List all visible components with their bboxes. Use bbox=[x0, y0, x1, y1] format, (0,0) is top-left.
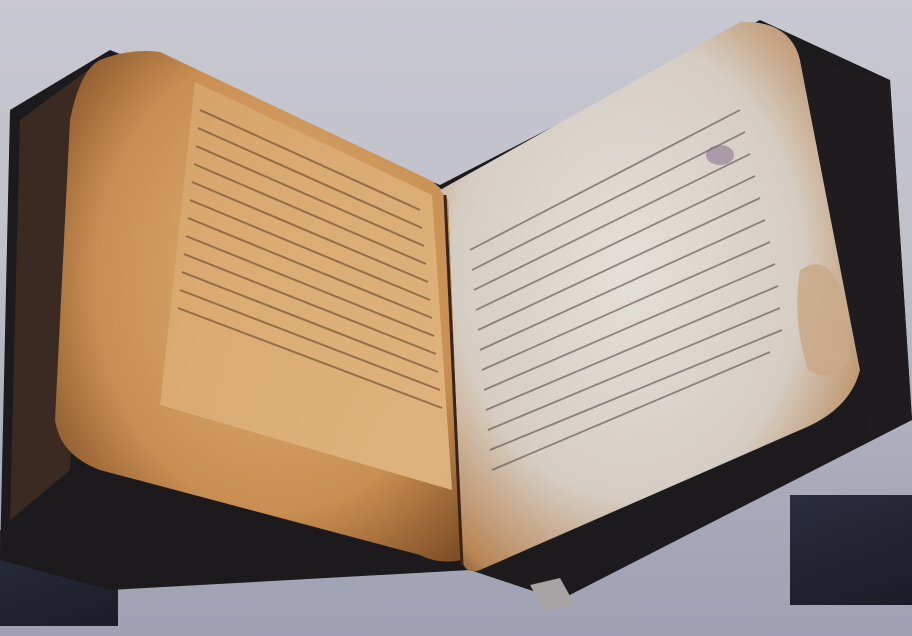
codex-illustration bbox=[0, 0, 912, 636]
manuscript-photo bbox=[0, 0, 912, 636]
